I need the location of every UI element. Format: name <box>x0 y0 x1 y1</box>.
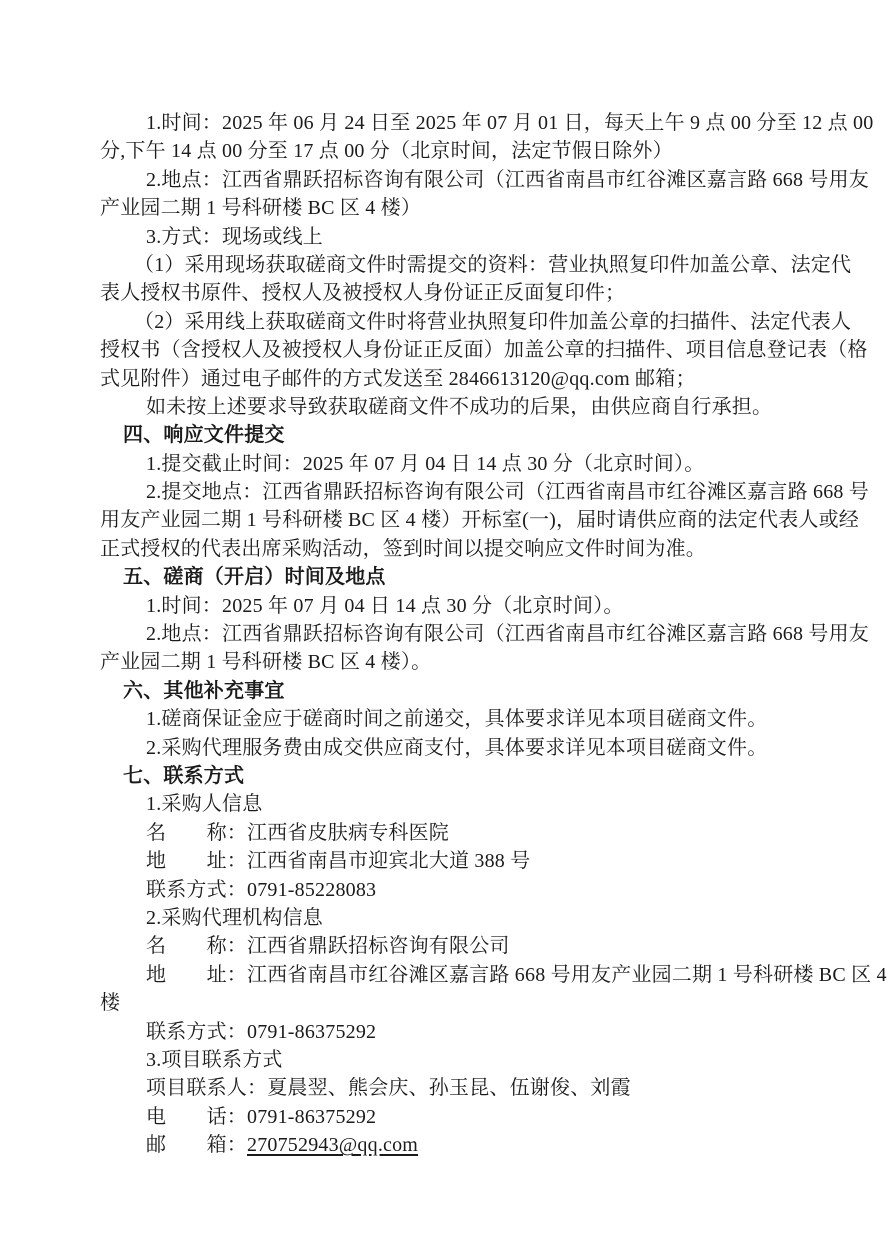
line-submit-place-2: 用友产业园二期 1 号科研楼 BC 区 4 楼）开标室(一)，届时请供应商的法定… <box>100 506 840 534</box>
line-project-contact-title: 3.项目联系方式 <box>100 1046 840 1074</box>
field-purchaser-phone: 联系方式：0791-85228083 <box>100 876 840 904</box>
line-opening-place-2: 产业园二期 1 号科研楼 BC 区 4 楼）。 <box>100 648 840 676</box>
field-agency-address-1: 地 址：江西省南昌市红谷滩区嘉言路 668 号用友产业园二期 1 号科研楼 BC… <box>100 961 840 989</box>
line-acquire-online-3: 式见附件）通过电子邮件的方式发送至 2846613120@qq.com 邮箱； <box>100 365 840 393</box>
line-submit-deadline: 1.提交截止时间：2025 年 07 月 04 日 14 点 30 分（北京时间… <box>100 450 840 478</box>
field-project-phone: 电 话：0791-86375292 <box>100 1103 840 1131</box>
heading-section-6-other-matters: 六、其他补充事宜 <box>100 677 840 705</box>
field-purchaser-address: 地 址：江西省南昌市迎宾北大道 388 号 <box>100 847 840 875</box>
field-agency-name: 名 称：江西省鼎跃招标咨询有限公司 <box>100 932 840 960</box>
field-project-email: 邮 箱：270752943@qq.com <box>100 1131 840 1159</box>
heading-section-5-opening-time-place: 五、磋商（开启）时间及地点 <box>100 563 840 591</box>
line-acquire-online-1: （2）采用线上获取磋商文件时将营业执照复印件加盖公章的扫描件、法定代表人 <box>100 308 840 336</box>
line-opening-time: 1.时间：2025 年 07 月 04 日 14 点 30 分（北京时间）。 <box>100 592 840 620</box>
field-agency-phone: 联系方式：0791-86375292 <box>100 1018 840 1046</box>
line-purchaser-info-title: 1.采购人信息 <box>100 790 840 818</box>
line-acquire-place-1: 2.地点：江西省鼎跃招标咨询有限公司（江西省南昌市红谷滩区嘉言路 668 号用友 <box>100 166 840 194</box>
notice-body: 1.时间：2025 年 06 月 24 日至 2025 年 07 月 01 日，… <box>100 109 840 1159</box>
line-submit-place-3: 正式授权的代表出席采购活动，签到时间以提交响应文件时间为准。 <box>100 535 840 563</box>
line-acquire-onsite-1: （1）采用现场获取磋商文件时需提交的资料：营业执照复印件加盖公章、法定代 <box>100 251 840 279</box>
field-project-contacts: 项目联系人：夏晨翌、熊会庆、孙玉昆、伍谢俊、刘霞 <box>100 1074 840 1102</box>
line-acquire-method: 3.方式：现场或线上 <box>100 223 840 251</box>
line-acquire-onsite-2: 表人授权书原件、授权人及被授权人身份证正反面复印件； <box>100 279 840 307</box>
email-link[interactable]: 270752943@qq.com <box>247 1134 418 1156</box>
email-label: 邮 箱： <box>146 1134 247 1156</box>
document-page: 1.时间：2025 年 06 月 24 日至 2025 年 07 月 01 日，… <box>0 0 892 1254</box>
line-deposit-notice: 1.磋商保证金应于磋商时间之前递交，具体要求详见本项目磋商文件。 <box>100 705 840 733</box>
line-agency-fee-notice: 2.采购代理服务费由成交供应商支付，具体要求详见本项目磋商文件。 <box>100 734 840 762</box>
heading-section-4-response-submission: 四、响应文件提交 <box>100 421 840 449</box>
heading-section-7-contact-info: 七、联系方式 <box>100 762 840 790</box>
line-acquire-time-1: 1.时间：2025 年 06 月 24 日至 2025 年 07 月 01 日，… <box>100 109 840 137</box>
field-purchaser-name: 名 称：江西省皮肤病专科医院 <box>100 819 840 847</box>
line-opening-place-1: 2.地点：江西省鼎跃招标咨询有限公司（江西省南昌市红谷滩区嘉言路 668 号用友 <box>100 620 840 648</box>
field-agency-address-2: 楼 <box>100 989 840 1017</box>
line-submit-place-1: 2.提交地点：江西省鼎跃招标咨询有限公司（江西省南昌市红谷滩区嘉言路 668 号 <box>100 478 840 506</box>
line-acquire-time-2: 分,下午 14 点 00 分至 17 点 00 分（北京时间，法定节假日除外） <box>100 137 840 165</box>
line-agency-info-title: 2.采购代理机构信息 <box>100 904 840 932</box>
line-acquire-online-2: 授权书（含授权人及被授权人身份证正反面）加盖公章的扫描件、项目信息登记表（格 <box>100 336 840 364</box>
line-acquire-place-2: 产业园二期 1 号科研楼 BC 区 4 楼） <box>100 194 840 222</box>
line-acquire-disclaimer: 如未按上述要求导致获取磋商文件不成功的后果，由供应商自行承担。 <box>100 393 840 421</box>
